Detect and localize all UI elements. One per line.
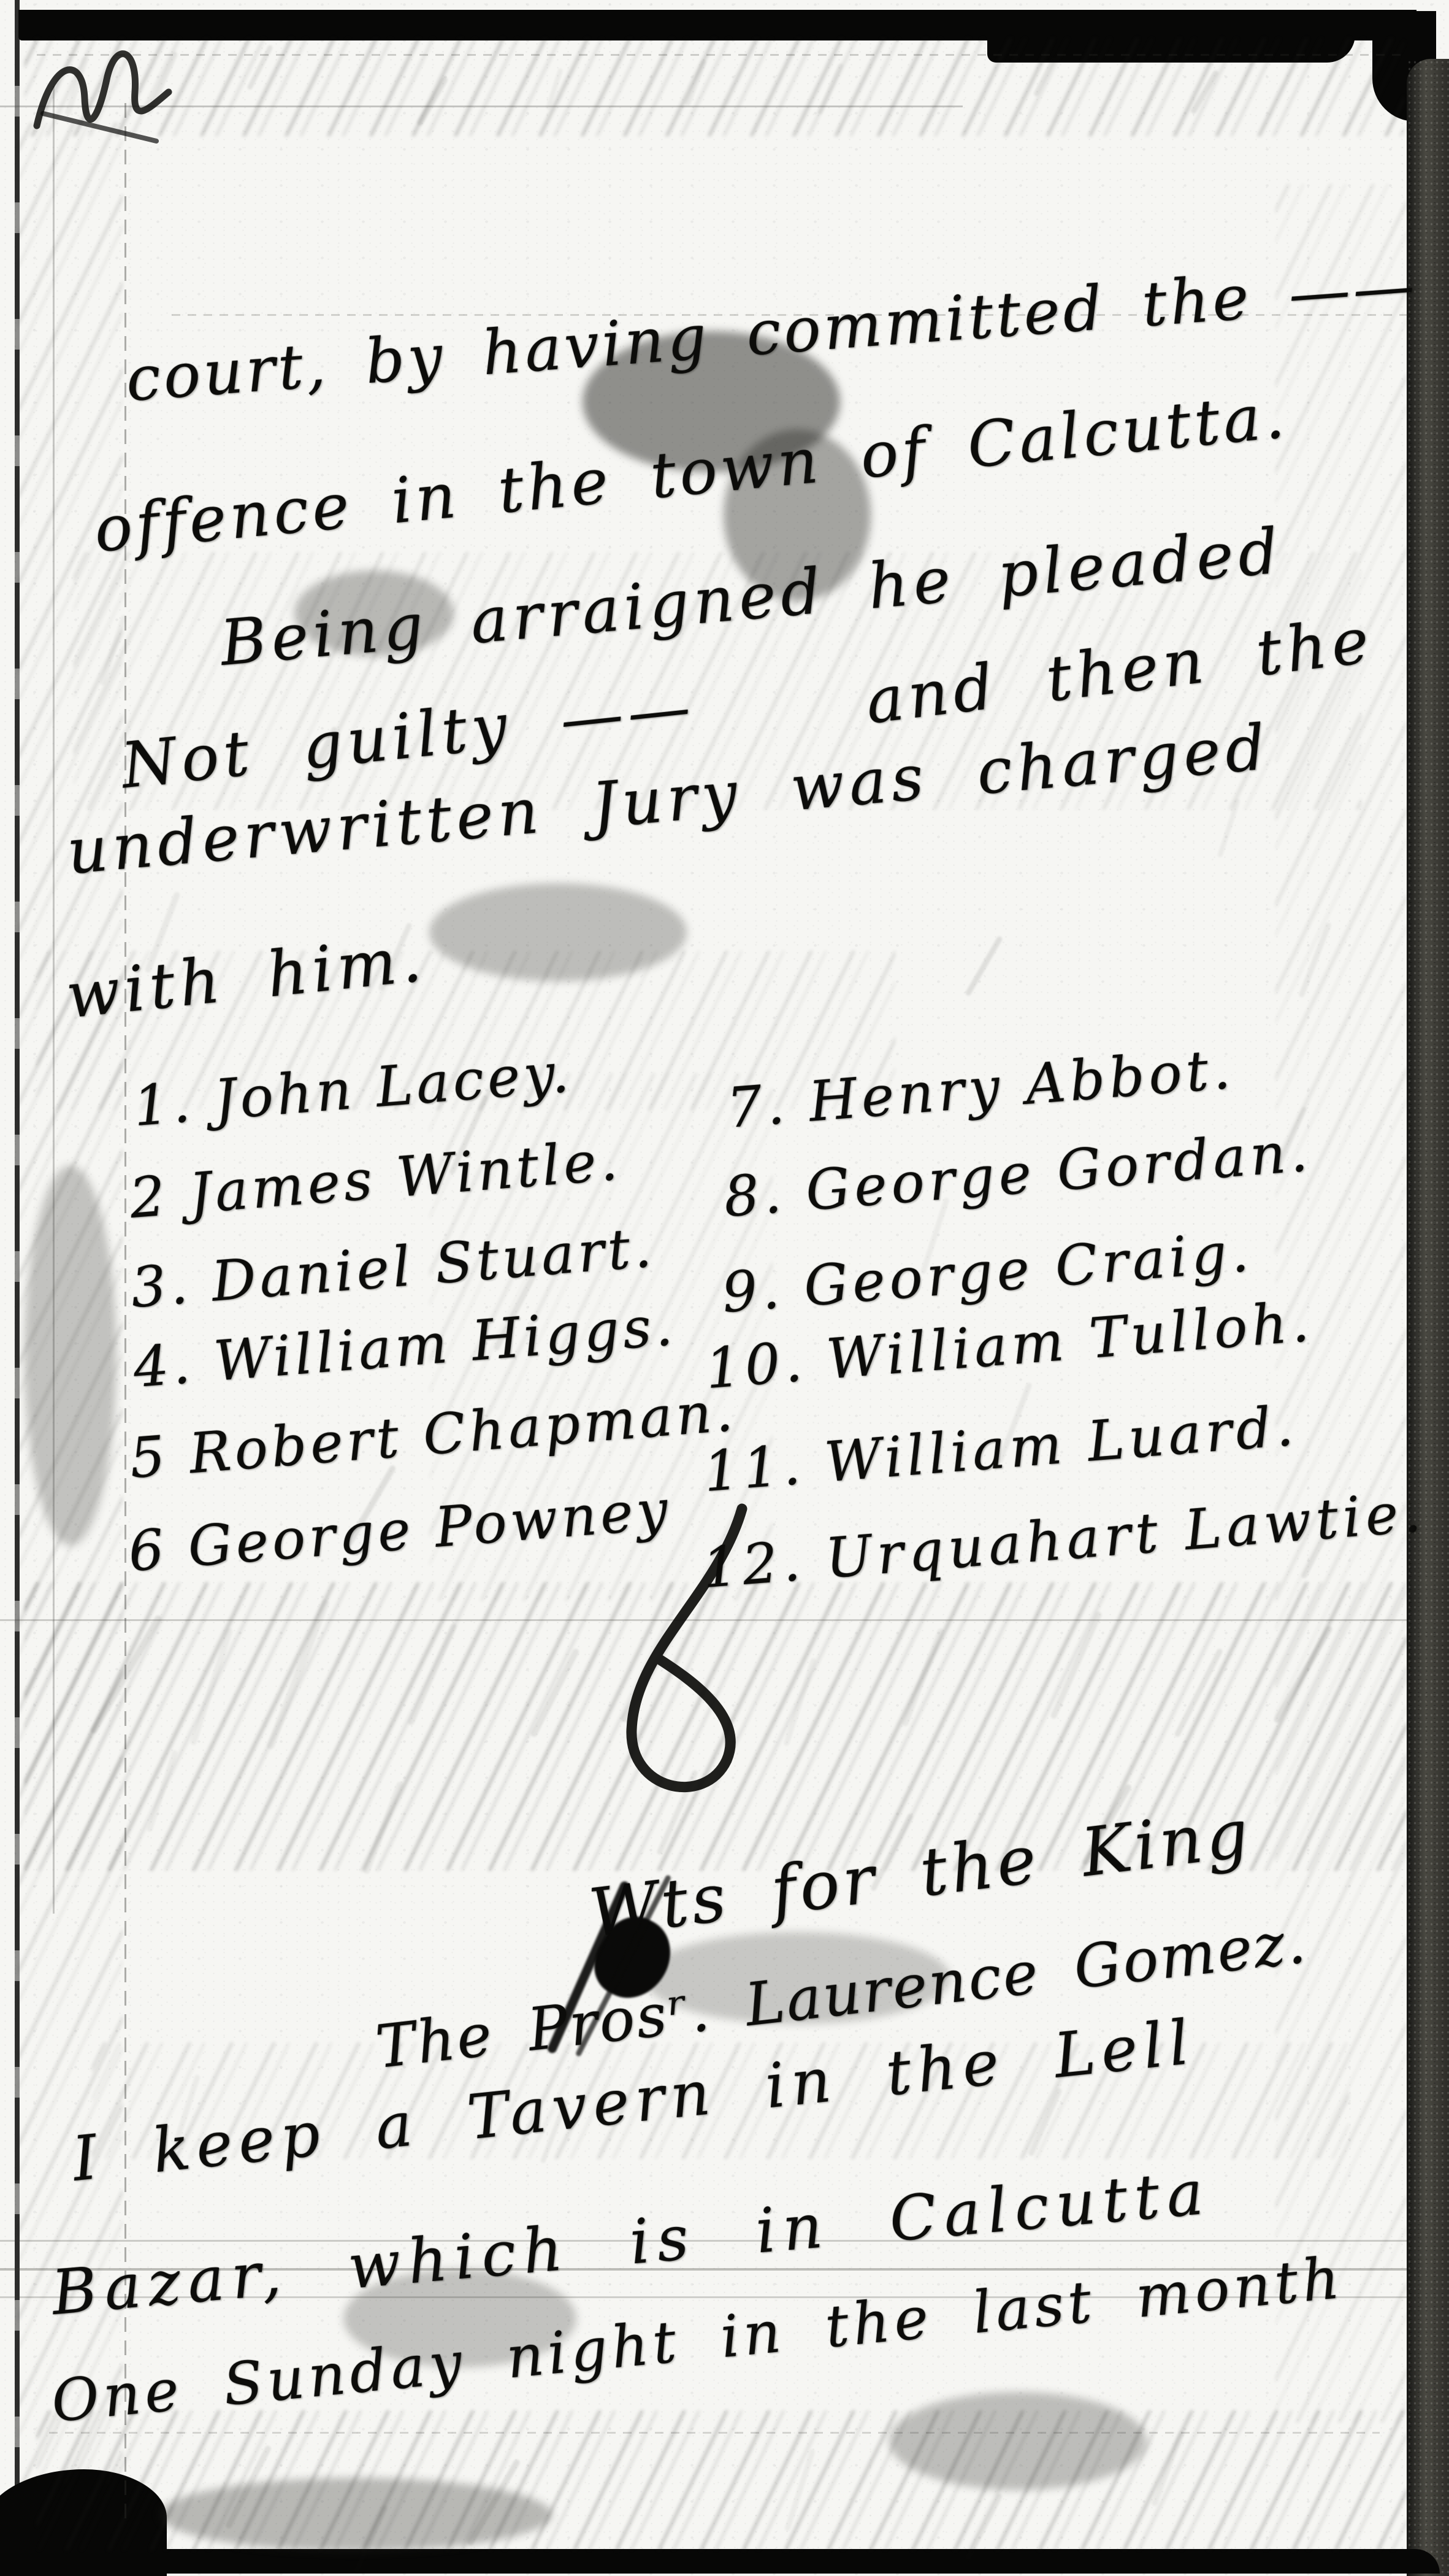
jury-number: 6 xyxy=(126,1517,170,1584)
jury-number: 10. xyxy=(703,1329,809,1401)
jury-number: 3. xyxy=(129,1252,194,1321)
scan-right-edge xyxy=(1407,59,1449,2576)
ghost-stroke xyxy=(363,1781,404,1875)
jury-member-row: 5Robert Chapman. xyxy=(128,1379,739,1491)
scan-left-edge-line xyxy=(15,0,20,2576)
ghost-stroke xyxy=(1217,798,1241,858)
jury-name: John Lacey. xyxy=(212,1040,575,1133)
ghost-stroke xyxy=(1028,2087,1063,2156)
jury-member-row: 8.George Gordan. xyxy=(722,1119,1314,1230)
jury-member-row: 11.William Luard. xyxy=(702,1393,1300,1505)
jury-number: 9. xyxy=(720,1256,786,1325)
ghost-stroke xyxy=(189,1627,233,1746)
jury-member-row: 7.Henry Abbot. xyxy=(725,1037,1237,1141)
jury-member-row: 2James Wintle. xyxy=(128,1128,624,1231)
scan-bottom-left-blob xyxy=(0,2469,167,2576)
ghost-stroke xyxy=(416,76,449,127)
jury-number: 4. xyxy=(131,1332,196,1400)
jury-number: 7. xyxy=(725,1071,791,1141)
ghost-stroke xyxy=(530,1647,580,1738)
jury-number: 11. xyxy=(702,1432,807,1505)
ghost-stroke xyxy=(147,1749,178,1833)
ink-smudge-blot xyxy=(429,883,687,981)
ghost-stroke xyxy=(684,59,707,107)
jury-number: 5 xyxy=(128,1424,171,1491)
ghost-stroke xyxy=(965,935,1003,997)
scan-bottom-edge xyxy=(0,2549,1440,2574)
ghost-stroke xyxy=(1151,2431,1185,2507)
jury-number: 1. xyxy=(131,1070,196,1139)
pen-doodle xyxy=(25,34,319,169)
manuscript-page: court, by having committed the —— offenc… xyxy=(0,0,1449,2576)
ghost-stroke xyxy=(99,615,128,686)
ghost-stroke xyxy=(1298,922,1332,999)
ink-smudge-blot xyxy=(25,1165,117,1546)
ink-smudge-blot xyxy=(889,2392,1147,2490)
jury-number: 8. xyxy=(722,1160,788,1230)
jury-member-row: 6George Powney xyxy=(126,1478,674,1584)
scan-left-edge-line-2 xyxy=(53,86,55,1914)
jury-name: Urquahart Lawtie. xyxy=(823,1480,1428,1592)
ink-smudge-blot xyxy=(159,2478,552,2551)
jury-name: Robert Chapman. xyxy=(187,1379,739,1487)
ghost-stroke xyxy=(545,67,563,110)
ghost-stroke xyxy=(901,1628,944,1727)
jury-name: Henry Abbot. xyxy=(806,1037,1236,1134)
ghost-stroke xyxy=(1190,69,1220,115)
manuscript-line: and then the xyxy=(862,604,1377,738)
ghost-stroke xyxy=(407,1623,457,1727)
manuscript-line: with him. xyxy=(63,922,430,1033)
ghost-stroke xyxy=(1174,1648,1223,1738)
jury-name: George Gordan. xyxy=(803,1119,1313,1224)
ghost-stroke xyxy=(1273,1625,1334,1724)
jury-number: 2 xyxy=(128,1163,171,1231)
jury-name: William Luard. xyxy=(822,1393,1299,1495)
jury-member-row: 1.John Lacey. xyxy=(131,1040,575,1139)
ghost-stroke xyxy=(784,2448,816,2532)
ghost-stroke xyxy=(266,1598,330,1750)
jury-name: James Wintle. xyxy=(187,1128,624,1226)
pen-flourish xyxy=(601,1497,809,1815)
ghost-stroke xyxy=(1050,1611,1103,1720)
